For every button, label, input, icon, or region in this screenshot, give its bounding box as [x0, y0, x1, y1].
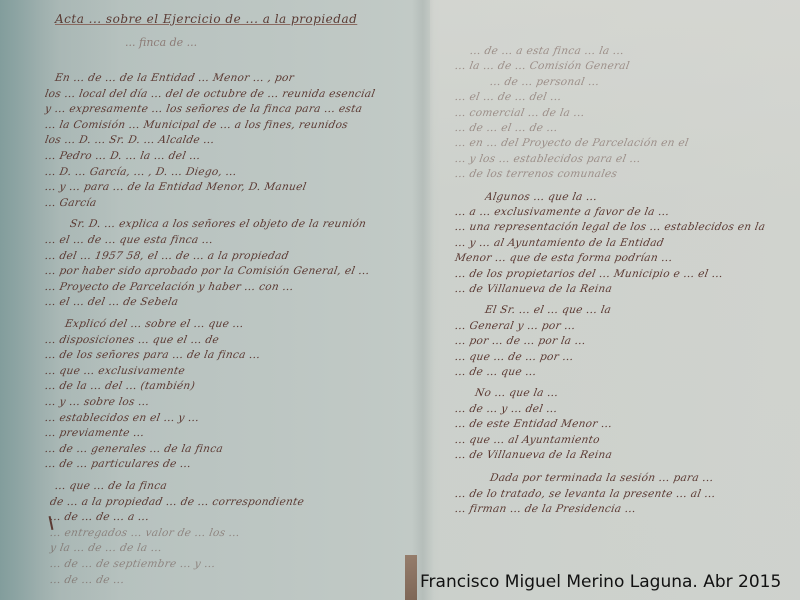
handwritten-line: ... que ... de ... por ... — [454, 351, 800, 363]
handwritten-line: ... de lo tratado, se levanta la present… — [454, 488, 800, 500]
handwritten-line: ... el ... del ... de Sebela — [44, 296, 416, 308]
handwritten-line: los ... D. ... Sr. D. ... Alcalde ... — [44, 134, 416, 146]
handwritten-line: Sr. D. ... explica a los señores el obje… — [69, 218, 441, 230]
paper-stain — [405, 555, 417, 600]
handwritten-line: El Sr. ... el ... que ... la — [484, 304, 800, 316]
handwritten-line: ... de ... personal ... — [489, 76, 800, 88]
handwritten-line: ... de este Entidad Menor ... — [454, 418, 800, 430]
handwritten-line: y la ... de ... de la ... — [49, 542, 421, 554]
handwritten-line: ... que ... exclusivamente — [44, 365, 416, 377]
handwritten-line: ... por haber sido aprobado por la Comis… — [44, 265, 416, 277]
handwritten-line: ... entregados ... valor de ... los ... — [49, 527, 421, 539]
document-subtitle: ... finca de ... — [125, 36, 325, 49]
handwritten-line: ... D. ... García, ... , D. ... Diego, .… — [44, 166, 416, 178]
handwritten-line: ... comercial ... de la ... — [454, 107, 800, 119]
handwritten-line: ... de Villanueva de la Reina — [454, 283, 800, 295]
handwritten-line: ... disposiciones ... que el ... de — [44, 334, 416, 346]
handwritten-line: ... que ... al Ayuntamiento — [454, 434, 800, 446]
handwritten-line: los ... local del día ... del de octubre… — [44, 88, 416, 100]
handwritten-line: ... la ... de ... Comisión General — [454, 60, 800, 72]
handwritten-line: Explicó del ... sobre el ... que ... — [64, 318, 436, 330]
handwritten-line: de ... a la propiedad ... de ... corresp… — [49, 496, 421, 508]
handwritten-line: ... Pedro ... D. ... la ... del ... — [44, 150, 416, 162]
handwritten-line: ... de ... que ... — [454, 366, 800, 378]
handwritten-line: ... de la ... del ... (también) — [44, 380, 416, 392]
handwritten-line: ... en ... del Proyecto de Parcelación e… — [454, 137, 800, 149]
handwritten-line: ... de ... a esta finca ... la ... — [469, 45, 800, 57]
handwritten-line: ... de ... generales ... de la finca — [44, 443, 416, 455]
handwritten-line: ... la Comisión ... Municipal de ... a l… — [44, 119, 416, 131]
handwritten-line: ... previamente ... — [44, 427, 416, 439]
handwritten-line: ... una representación legal de los ... … — [454, 221, 800, 233]
photo-credit-watermark: Francisco Miguel Merino Laguna. Abr 2015 — [420, 572, 781, 592]
handwritten-line: ... de ... particulares de ... — [44, 458, 416, 470]
handwritten-line: Algunos ... que la ... — [484, 191, 800, 203]
handwritten-line: ... de los terrenos comunales — [454, 168, 800, 180]
handwritten-line: ... de los señores para ... de la finca … — [44, 349, 416, 361]
book-gutter — [412, 0, 434, 600]
handwritten-line: ... del ... 1957 58, el ... de ... a la … — [44, 250, 416, 262]
handwritten-line: ... y ... sobre los ... — [44, 396, 416, 408]
handwritten-line: En ... de ... de la Entidad ... Menor ..… — [54, 72, 426, 84]
handwritten-line: ... que ... de la finca — [54, 480, 426, 492]
handwritten-line: ... el ... de ... del ... — [454, 91, 800, 103]
handwritten-line: ... de ... el ... de ... — [454, 122, 800, 134]
handwritten-line: ... y ... para ... de la Entidad Menor, … — [44, 181, 416, 193]
handwritten-line: ... y ... al Ayuntamiento de la Entidad — [454, 237, 800, 249]
document-title: Acta ... sobre el Ejercicio de ... a la … — [55, 12, 395, 26]
handwritten-line: ... de ... y ... del ... — [454, 403, 800, 415]
handwritten-line: ... General y ... por ... — [454, 320, 800, 332]
handwritten-line: ... García — [44, 197, 416, 209]
handwritten-line: Dada por terminada la sesión ... para ..… — [489, 472, 800, 484]
handwritten-line: No ... que la ... — [474, 387, 800, 399]
handwritten-line: y ... expresamente ... los señores de la… — [44, 103, 416, 115]
handwritten-line: ... de Villanueva de la Reina — [454, 449, 800, 461]
handwritten-line: ... y los ... establecidos para el ... — [454, 153, 800, 165]
handwritten-line: ... firman ... de la Presidencia ... — [454, 503, 800, 515]
handwritten-line: ... de ... de ... a ... — [49, 511, 421, 523]
right-page: ... de ... a esta finca ... la ...... la… — [430, 0, 800, 600]
handwritten-line: ... establecidos en el ... y ... — [44, 412, 416, 424]
handwritten-line: ... de los propietarios del ... Municipi… — [454, 268, 800, 280]
handwritten-line: ... por ... de ... por la ... — [454, 335, 800, 347]
handwritten-line: ... el ... de ... que esta finca ... — [44, 234, 416, 246]
left-page: Acta ... sobre el Ejercicio de ... a la … — [0, 0, 430, 600]
handwritten-line: Menor ... que de esta forma podrían ... — [454, 252, 800, 264]
handwritten-line: ... a ... exclusivamente a favor de la .… — [454, 206, 800, 218]
handwritten-line: ... de ... de ... — [49, 574, 421, 586]
handwritten-line: ... Proyecto de Parcelación y haber ... … — [44, 281, 416, 293]
handwritten-line: ... de ... de septiembre ... y ... — [49, 558, 421, 570]
